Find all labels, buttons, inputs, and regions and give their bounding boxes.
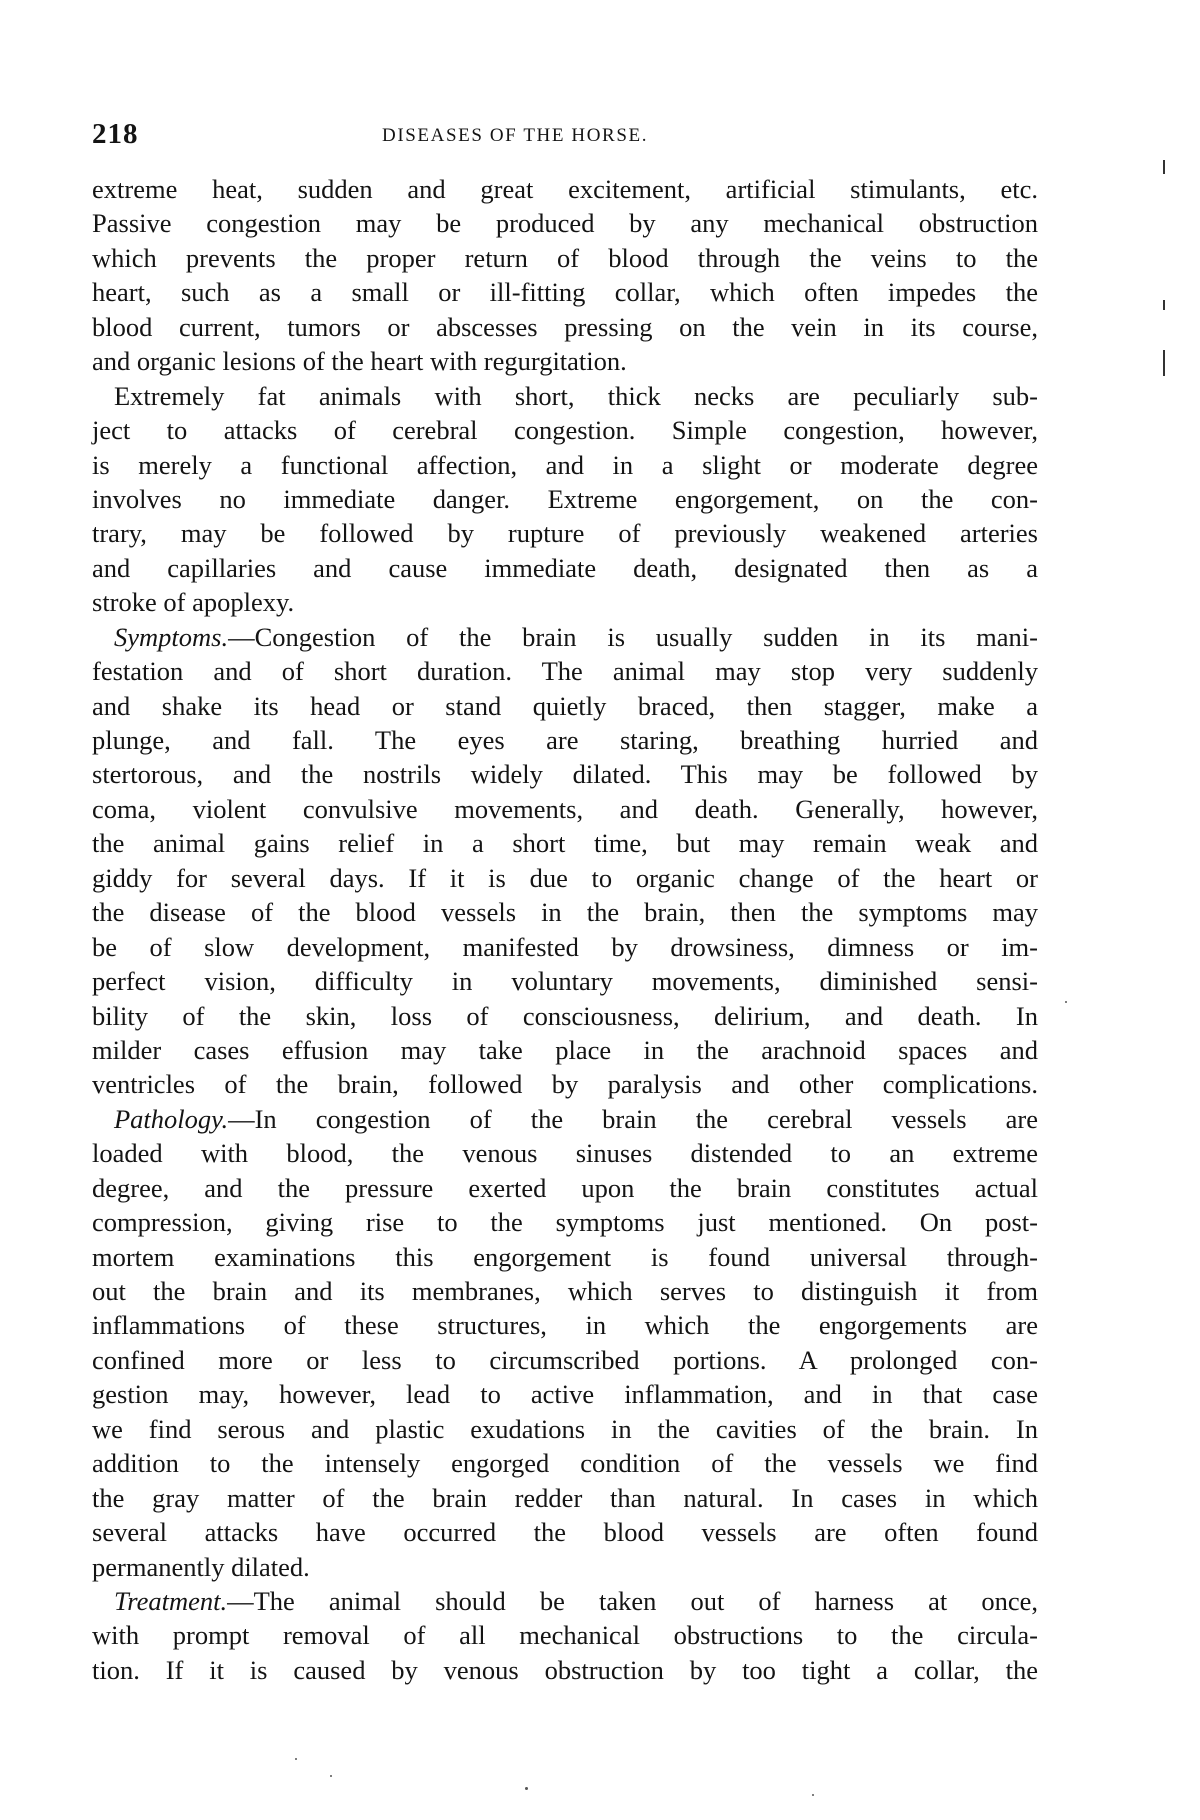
text-run: —In congestion of the brain the cerebral…: [228, 1104, 1038, 1134]
text-line: perfect vision, difficulty in voluntary …: [92, 964, 1038, 998]
body-text: extreme heat, sudden and great excitemen…: [92, 172, 1038, 1687]
text-run: —The animal should be taken out of harne…: [227, 1586, 1038, 1616]
text-line: stertorous, and the nostrils widely dila…: [92, 757, 1038, 791]
text-line: tion. If it is caused by venous obstruct…: [92, 1653, 1038, 1687]
text-line: the animal gains relief in a short time,…: [92, 826, 1038, 860]
section-heading-pathology: Pathology.: [114, 1104, 228, 1134]
scan-speck: [330, 1775, 332, 1777]
text-line: milder cases effusion may take place in …: [92, 1033, 1038, 1067]
text-line: trary, may be followed by rupture of pre…: [92, 516, 1038, 550]
text-line: ventricles of the brain, followed by par…: [92, 1067, 1038, 1101]
text-line: Extremely fat animals with short, thick …: [92, 379, 1038, 413]
text-line: Symptoms.—Congestion of the brain is usu…: [92, 620, 1038, 654]
text-line: confined more or less to circumscribed p…: [92, 1343, 1038, 1377]
text-line: the gray matter of the brain redder than…: [92, 1481, 1038, 1515]
text-line: coma, violent convulsive movements, and …: [92, 792, 1038, 826]
text-line: compression, giving rise to the symptoms…: [92, 1205, 1038, 1239]
text-line: which prevents the proper return of bloo…: [92, 241, 1038, 275]
text-line: with prompt removal of all mechanical ob…: [92, 1618, 1038, 1652]
text-line: gestion may, however, lead to active inf…: [92, 1377, 1038, 1411]
running-head: 218 DISEASES OF THE HORSE.: [92, 118, 1044, 152]
text-line: inflammations of these structures, in wh…: [92, 1308, 1038, 1342]
text-line: be of slow development, manifested by dr…: [92, 930, 1038, 964]
text-line: and shake its head or stand quietly brac…: [92, 689, 1038, 723]
text-line: Pathology.—In congestion of the brain th…: [92, 1102, 1038, 1136]
text-line: giddy for several days. If it is due to …: [92, 861, 1038, 895]
text-line: ject to attacks of cerebral congestion. …: [92, 413, 1038, 447]
running-title: DISEASES OF THE HORSE.: [382, 125, 648, 147]
paragraph-pathology: Pathology.—In congestion of the brain th…: [92, 1102, 1038, 1584]
scan-margin-mark: [1163, 350, 1165, 376]
text-line: out the brain and its membranes, which s…: [92, 1274, 1038, 1308]
text-line: and organic lesions of the heart with re…: [92, 344, 1038, 378]
scan-margin-mark: [1163, 300, 1165, 310]
paragraph-fat-animals: Extremely fat animals with short, thick …: [92, 379, 1038, 620]
text-line: involves no immediate danger. Extreme en…: [92, 482, 1038, 516]
text-line: stroke of apoplexy.: [92, 585, 1038, 619]
text-line: Passive congestion may be produced by an…: [92, 206, 1038, 240]
text-line: several attacks have occurred the blood …: [92, 1515, 1038, 1549]
scan-speck: [295, 1758, 297, 1760]
paragraph-treatment: Treatment.—The animal should be taken ou…: [92, 1584, 1038, 1687]
text-line: addition to the intensely engorged condi…: [92, 1446, 1038, 1480]
text-line: heart, such as a small or ill-fitting co…: [92, 275, 1038, 309]
text-line: mortem examinations this engorgement is …: [92, 1240, 1038, 1274]
text-line: loaded with blood, the venous sinuses di…: [92, 1136, 1038, 1170]
text-line: bility of the skin, loss of consciousnes…: [92, 999, 1038, 1033]
paragraph-symptoms: Symptoms.—Congestion of the brain is usu…: [92, 620, 1038, 1102]
scan-speck: [1065, 1001, 1067, 1003]
paragraph-causes-continued: extreme heat, sudden and great excitemen…: [92, 172, 1038, 379]
section-heading-symptoms: Symptoms.: [114, 622, 228, 652]
text-run: —Congestion of the brain is usually sudd…: [228, 622, 1038, 652]
text-line: Treatment.—The animal should be taken ou…: [92, 1584, 1038, 1618]
scan-speck: [812, 1794, 814, 1796]
text-line: plunge, and fall. The eyes are staring, …: [92, 723, 1038, 757]
text-line: festation and of short duration. The ani…: [92, 654, 1038, 688]
scan-margin-mark: [1163, 160, 1165, 174]
text-line: the disease of the blood vessels in the …: [92, 895, 1038, 929]
scan-speck: [525, 1787, 528, 1790]
text-line: blood current, tumors or abscesses press…: [92, 310, 1038, 344]
book-page: 218 DISEASES OF THE HORSE. extreme heat,…: [0, 0, 1200, 1820]
text-line: and capillaries and cause immediate deat…: [92, 551, 1038, 585]
text-line: extreme heat, sudden and great excitemen…: [92, 172, 1038, 206]
text-line: permanently dilated.: [92, 1550, 1038, 1584]
section-heading-treatment: Treatment.: [114, 1586, 227, 1616]
text-line: is merely a functional affection, and in…: [92, 448, 1038, 482]
text-line: we find serous and plastic exudations in…: [92, 1412, 1038, 1446]
text-line: degree, and the pressure exerted upon th…: [92, 1171, 1038, 1205]
page-number: 218: [92, 118, 139, 151]
